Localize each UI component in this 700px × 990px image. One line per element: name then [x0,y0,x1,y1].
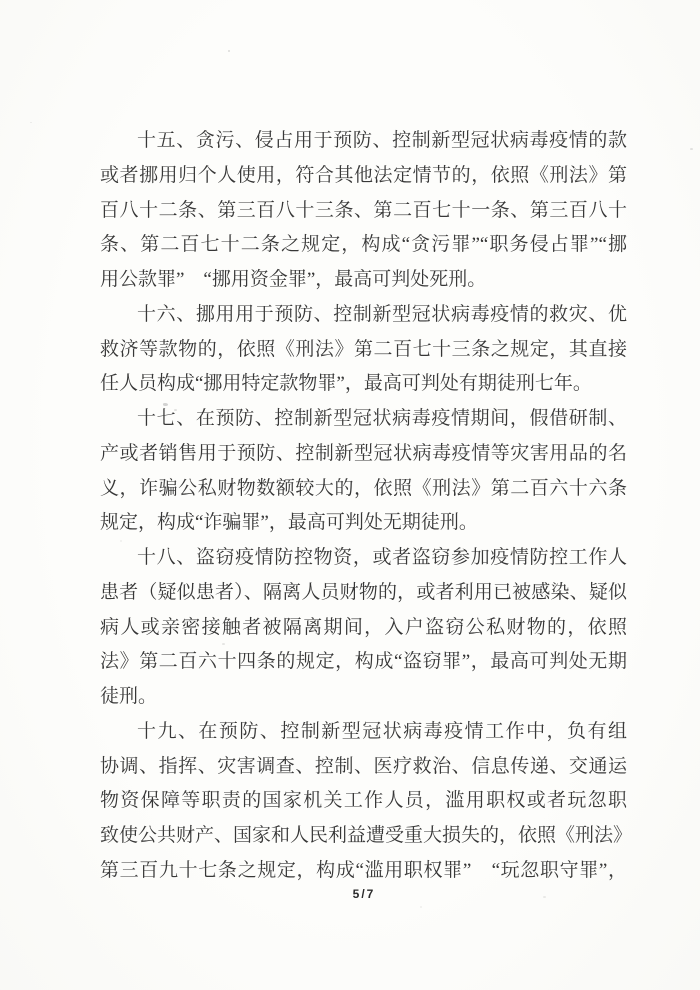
text-line: 徒刑。 [100,680,627,715]
text-line: 十八、盗窃疫情防控物资，或者盗窃参加疫情防控工作人员、 [100,541,627,576]
text-line: 任人员构成“挪用特定款物罪”，最高可判处有期徒刑七年。 [100,367,627,402]
text-line: 十六、挪用用于预防、控制新型冠状病毒疫情的救灾、优抚、 [100,298,627,333]
text-line: 义，诈骗公私财物数额较大的，依照《刑法》第二百六十六条之 [100,472,627,507]
text-line: 百八十二条、第三百八十三条、第二百七十一条、第三百八十四 [100,194,627,229]
paragraph-15: 十五、贪污、侵占用于预防、控制新型冠状病毒疫情的款物 或者挪用归个人使用，符合其… [100,124,627,298]
text-line: 条、第二百七十二条之规定，构成“贪污罪”“职务侵占罪”“挪 [100,228,627,263]
paragraph-18: 十八、盗窃疫情防控物资，或者盗窃参加疫情防控工作人员、 患者（疑似患者）、隔离人… [100,541,627,715]
document-text-block: 十五、贪污、侵占用于预防、控制新型冠状病毒疫情的款物 或者挪用归个人使用，符合其… [100,124,627,889]
text-line: 十九、在预防、控制新型冠状病毒疫情工作中，负有组织、 [100,715,627,750]
text-line: 十五、贪污、侵占用于预防、控制新型冠状病毒疫情的款物 [100,124,627,159]
paragraph-17: 十七、在预防、控制新型冠状病毒疫情期间，假借研制、生 产或者销售用于预防、控制新… [100,402,627,541]
scan-speck [30,122,32,123]
text-line: 法》第二百六十四条的规定，构成“盗窃罪”，最高可判处无期 [100,645,627,680]
scan-speck [228,50,230,52]
text-line: 物资保障等职责的国家机关工作人员，滥用职权或者玩忽职守， [100,784,627,819]
scan-speck [690,148,693,150]
text-line: 或者挪用归个人使用，符合其他法定情节的，依照《刑法》第三 [100,159,627,194]
text-line: 病人或亲密接触者被隔离期间，入户盗窃公私财物的，依照《刑 [100,611,627,646]
text-line: 协调、指挥、灾害调查、控制、医疗救治、信息传递、交通运输、 [100,750,627,785]
text-line: 致使公共财产、国家和人民利益遭受重大损失的，依照《刑法》 [100,819,627,854]
scanned-document-page: 十五、贪污、侵占用于预防、控制新型冠状病毒疫情的款物 或者挪用归个人使用，符合其… [0,0,700,990]
text-line: 十七、在预防、控制新型冠状病毒疫情期间，假借研制、生 [100,402,627,437]
page-number: 5/7 [14,887,700,901]
paragraph-16: 十六、挪用用于预防、控制新型冠状病毒疫情的救灾、优抚、 救济等款物的，依照《刑法… [100,298,627,402]
text-line: 救济等款物的，依照《刑法》第二百七十三条之规定，其直接责 [100,333,627,368]
text-line: 用公款罪” “挪用资金罪”，最高可判处死刑。 [100,263,627,298]
paragraph-19: 十九、在预防、控制新型冠状病毒疫情工作中，负有组织、 协调、指挥、灾害调查、控制… [100,715,627,889]
text-line: 患者（疑似患者）、隔离人员财物的，或者利用已被感染、疑似 [100,576,627,611]
text-line: 规定，构成“诈骗罪”，最高可判处无期徒刑。 [100,506,627,541]
scan-speck [420,906,422,908]
text-line: 第三百九十七条之规定，构成“滥用职权罪” “玩忽职守罪”， [100,854,627,889]
text-line: 产或者销售用于预防、控制新型冠状病毒疫情等灾害用品的名 [100,437,627,472]
